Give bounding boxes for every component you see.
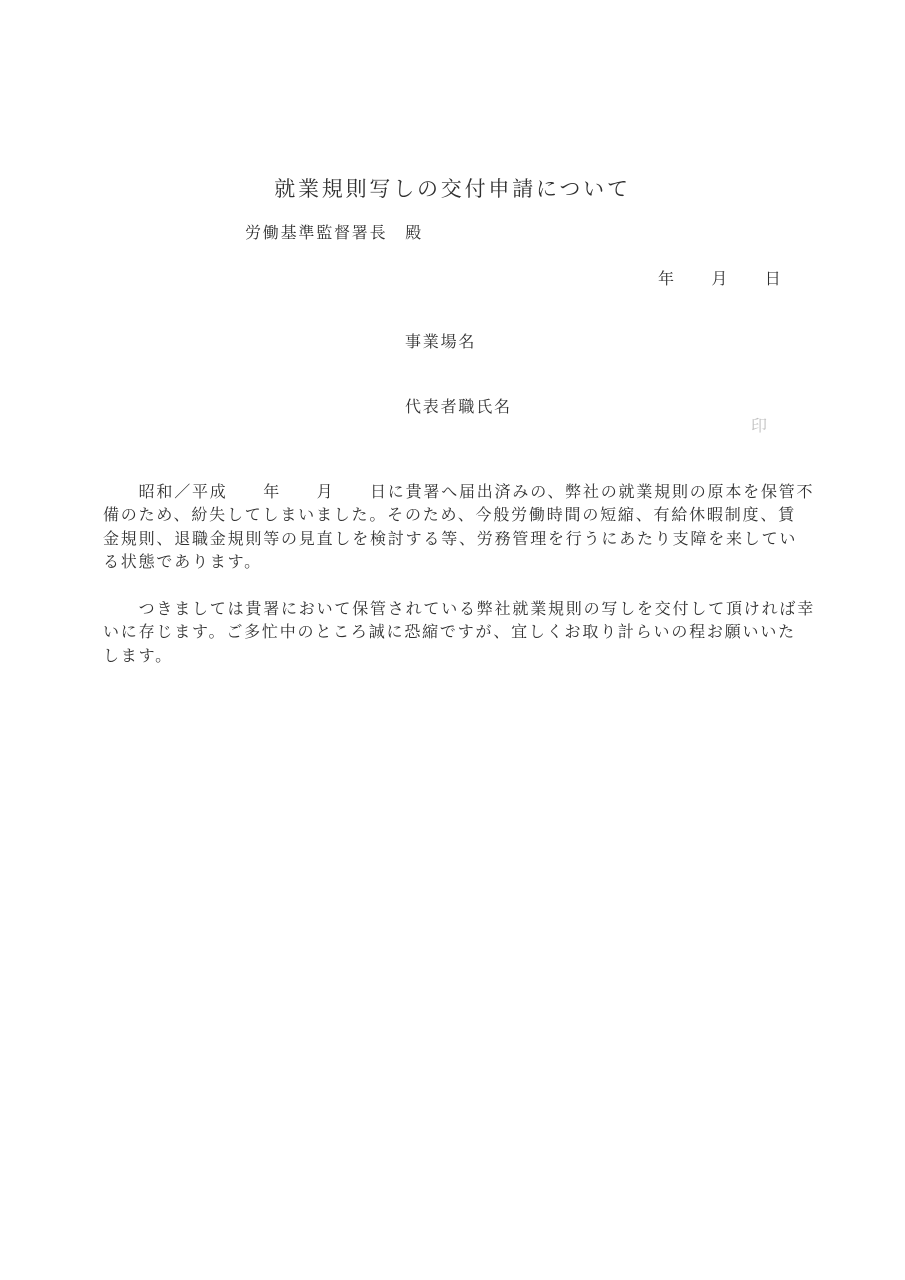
date-line: 年 月 日 (658, 266, 783, 289)
body-line: 金規則、退職金規則等の見直しを検討する等、労務管理を行うにあたり支障を来してい (103, 528, 833, 551)
body-paragraph-1: 昭和／平成 年 月 日に貴署へ届出済みの、弊社の就業規則の原本を保管不 備のため… (103, 481, 833, 575)
body-line: 備のため、紛失してしまいました。そのため、今般労働時間の短縮、有給休暇制度、賃 (103, 504, 833, 527)
body-line: 昭和／平成 年 月 日に貴署へ届出済みの、弊社の就業規則の原本を保管不 (103, 481, 833, 504)
body-line: します。 (103, 645, 833, 668)
body-line: いに存じます。ご多忙中のところ誠に恐縮ですが、宜しくお取り計らいの程お願いいた (103, 621, 833, 644)
recipient-line: 労働基準監督署長 殿 (245, 220, 423, 243)
seal-placeholder-mark: 印 (751, 413, 769, 436)
representative-name-label: 代表者職氏名 (405, 394, 512, 417)
body-line: る状態であります。 (103, 551, 833, 574)
body-line: つきましては貴署において保管されている弊社就業規則の写しを交付して頂ければ幸 (103, 598, 833, 621)
document-title: 就業規則写しの交付申請について (0, 173, 905, 203)
document-page: 就業規則写しの交付申請について 労働基準監督署長 殿 年 月 日 事業場名 代表… (0, 0, 905, 1280)
body-paragraph-2: つきましては貴署において保管されている弊社就業規則の写しを交付して頂ければ幸 い… (103, 598, 833, 668)
establishment-name-label: 事業場名 (405, 329, 476, 352)
